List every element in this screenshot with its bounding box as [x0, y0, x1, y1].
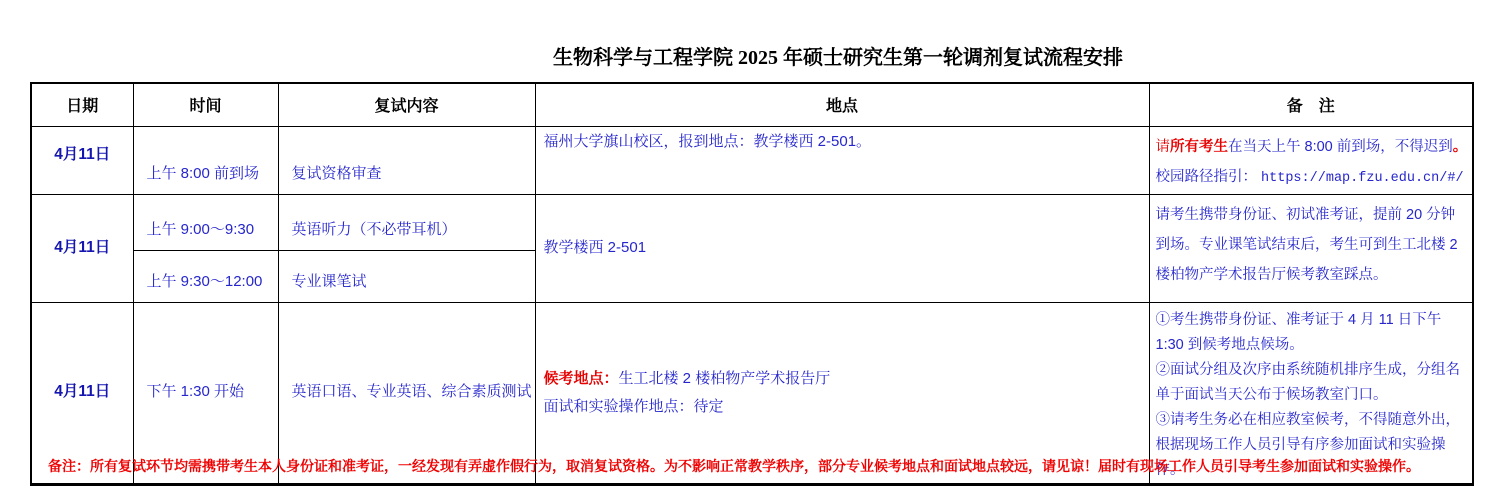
cell-r1-location: 福州大学旗山校区，报到地点：教学楼西 2-501。 — [535, 126, 1149, 194]
table-row: 4月11日 上午 9:00～9:30 英语听力（不必带耳机） 教学楼西 2-50… — [31, 194, 1473, 250]
waiting-room-value: 生工北楼 2 楼柏物产学术报告厅 — [619, 370, 831, 387]
table-row: 4月11日 上午 8:00 前到场 复试资格审查 福州大学旗山校区，报到地点：教… — [31, 126, 1473, 194]
cell-r2b-content: 专业课笔试 — [278, 250, 535, 302]
cell-r1-content: 复试资格审查 — [278, 126, 535, 194]
cell-r2-note: 请考生携带身份证、初试准考证，提前 20 分钟到场。专业课笔试结束后，考生可到生… — [1149, 194, 1473, 302]
cell-r2b-time: 上午 9:30～12:00 — [133, 250, 278, 302]
map-url: https://map.fzu.edu.cn/#/ — [1261, 171, 1464, 186]
cell-r2-date: 4月11日 — [31, 194, 133, 302]
header-date: 日期 — [31, 83, 133, 126]
map-guide-label: 校园路径指引： — [1156, 169, 1258, 185]
note-emphasis: 所有考生 — [1170, 139, 1228, 155]
cell-r2a-content: 英语听力（不必带耳机） — [278, 194, 535, 250]
header-location: 地点 — [535, 83, 1149, 126]
note-item-2: ②面试分组及次序由系统随机排序生成，分组名单于面试当天公布于候场教室门口。 — [1156, 358, 1469, 408]
note-line: 请所有考生在当天上午 8:00 前到场，不得迟到。 — [1156, 132, 1469, 162]
note-text: 在当天上午 8:00 前到场，不得迟到 — [1228, 139, 1453, 155]
cell-r1-note: 请所有考生在当天上午 8:00 前到场，不得迟到。 校园路径指引： https:… — [1149, 126, 1473, 194]
waiting-room-label: 候考地点： — [544, 370, 619, 387]
note-period: 。 — [1453, 139, 1468, 155]
note-line: 校园路径指引： https://map.fzu.edu.cn/#/ — [1156, 162, 1469, 194]
footer-remark-label: 备注： — [48, 458, 90, 474]
header-content: 复试内容 — [278, 83, 535, 126]
cell-r2a-time: 上午 9:00～9:30 — [133, 194, 278, 250]
footer-remark: 备注：所有复试环节均需携带考生本人身份证和准考证，一经发现有弄虚作假行为，取消复… — [48, 456, 1478, 476]
header-time: 时间 — [133, 83, 278, 126]
note-item-1: ①考生携带身份证、准考证于 4 月 11 日下午 1:30 到候考地点候场。 — [1156, 308, 1469, 358]
cell-r2-location: 教学楼西 2-501 — [535, 194, 1149, 302]
cell-r1-date: 4月11日 — [31, 126, 133, 194]
schedule-table: 日期 时间 复试内容 地点 备 注 4月11日 上午 8:00 前到场 复试资格… — [30, 82, 1474, 486]
location-line: 候考地点：生工北楼 2 楼柏物产学术报告厅 — [544, 365, 1141, 393]
location-line: 面试和实验操作地点：待定 — [544, 393, 1141, 421]
page-title: 生物科学与工程学院 2025 年硕士研究生第一轮调剂复试流程安排 — [553, 41, 1123, 70]
table-header-row: 日期 时间 复试内容 地点 备 注 — [31, 83, 1473, 126]
note-prefix: 请 — [1156, 139, 1171, 155]
cell-r1-time: 上午 8:00 前到场 — [133, 126, 278, 194]
header-note: 备 注 — [1149, 83, 1473, 126]
footer-remark-text: 所有复试环节均需携带考生本人身份证和准考证，一经发现有弄虚作假行为，取消复试资格… — [90, 458, 1420, 474]
